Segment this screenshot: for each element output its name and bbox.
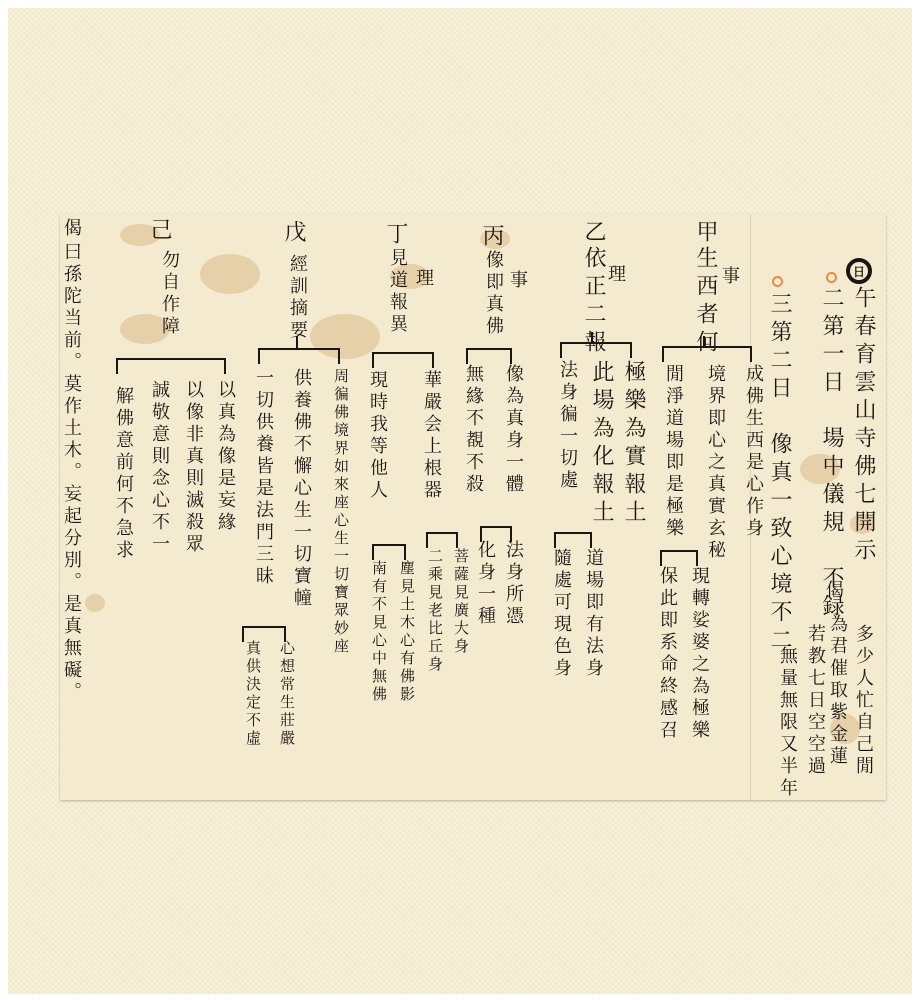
branch-item: 極樂為實報土 xyxy=(620,360,646,528)
sub-branch-item: 真供決定不虛 xyxy=(240,640,266,748)
section-tag: 理 xyxy=(602,264,628,286)
branch-item: 法身徧一切處 xyxy=(554,360,580,492)
section-heading: 生西者何 xyxy=(692,246,718,358)
section-label: 乙 xyxy=(580,220,606,248)
branch-item: 解佛意前何不急求 xyxy=(110,386,136,562)
sub-branch-item: 隨處可現色身 xyxy=(548,548,574,680)
branch-item: 以像非真則滅殺眾 xyxy=(180,380,206,556)
orange-circle-marker xyxy=(826,272,837,283)
verse-line-a: 多少人忙自己閒 xyxy=(850,624,876,778)
mounting-board: 日 午春育雲山寺佛七開示 二第一日 場中儀規 不録 偈 三第二日 像真一致心境不… xyxy=(8,8,912,994)
sub-branch-item: 二乘見老比丘身 xyxy=(422,548,448,674)
section-heading: 經訓摘要 xyxy=(284,254,310,342)
tree-bracket xyxy=(426,532,458,548)
section-tag: 事 xyxy=(716,266,742,288)
section-tag: 理 xyxy=(410,268,436,290)
sub-branch-item: 現轉娑婆之為極樂 xyxy=(686,566,712,742)
stain xyxy=(85,594,105,612)
sub-branch-item: 道場即有法身 xyxy=(580,548,606,680)
tree-bracket xyxy=(116,358,226,374)
branch-item: 以真為像是妄緣 xyxy=(212,380,238,534)
branch-item: 像為真身一體 xyxy=(500,364,526,496)
verse-line-d: 無量無限又半年 xyxy=(774,646,800,800)
day-two-line: 三第二日 像真一致心境不二 xyxy=(766,292,792,656)
branch-item: 此場為化報土 xyxy=(588,360,614,528)
section-heading: 勿自作障 xyxy=(156,250,182,338)
section-label: 丙 xyxy=(478,224,504,252)
document-title: 午春育雲山寺佛七開示 xyxy=(850,286,876,566)
tree-bracket xyxy=(258,348,340,364)
sub-branch-item: 南有不見心中無佛 xyxy=(366,560,392,704)
branch-item: 供養佛不懈心生一切寶幢 xyxy=(288,368,314,610)
closing-text: 曰孫陀当前。莫作土木。妄起分別。是真無礙。 xyxy=(60,242,84,704)
orange-circle-marker xyxy=(772,276,783,287)
tree-bracket xyxy=(372,544,406,560)
section-label: 甲 xyxy=(692,220,718,248)
branch-item: 周徧佛境界如來座心生一切寶眾妙座 xyxy=(328,368,354,656)
tree-bracket xyxy=(560,342,632,358)
sub-branch-item: 心想常生莊嚴 xyxy=(274,640,300,748)
stain xyxy=(200,254,260,294)
day-one-line: 二第一日 場中儀規 不録 xyxy=(818,286,844,622)
branch-item: 無緣不覩不殺 xyxy=(460,364,486,496)
closing-note: 偈 xyxy=(60,218,84,240)
tree-bracket xyxy=(554,532,592,548)
branch-item: 現時我等他人 xyxy=(364,370,390,502)
sub-branch-item: 塵見土木心有佛影 xyxy=(394,560,420,704)
sub-branch-item: 保此即系命終感召 xyxy=(654,566,680,742)
section-heading: 見道報異 xyxy=(384,248,410,336)
tree-bracket xyxy=(372,352,434,368)
tree-bracket xyxy=(660,550,698,566)
section-label: 己 xyxy=(146,218,172,246)
branch-item: 一切供養皆是法門三昧 xyxy=(250,368,276,588)
branch-item: 華嚴会上根器 xyxy=(418,370,444,502)
verse-note: 偈 xyxy=(820,580,846,602)
branch-item: 誠敬意則念心不一 xyxy=(146,380,172,556)
branch-item: 境界即心之真實玄秘 xyxy=(702,364,728,562)
tree-bracket xyxy=(662,346,752,362)
branch-item: 成佛生西是心作身 xyxy=(740,364,766,540)
sub-branch-item: 化身一種 xyxy=(472,540,498,628)
section-tag: 事 xyxy=(504,270,530,292)
sub-branch-item: 菩薩見廣大身 xyxy=(448,548,474,656)
branch-item: 閒淨道場即是極樂 xyxy=(660,364,686,540)
section-label: 戊 xyxy=(280,220,306,248)
verse-line-c: 若教七日空空過 xyxy=(802,624,828,778)
sub-branch-item: 法身所憑 xyxy=(500,540,526,628)
seal-mark: 日 xyxy=(846,258,872,284)
tree-bracket xyxy=(466,348,512,364)
section-heading: 像即真佛 xyxy=(480,250,506,338)
section-label: 丁 xyxy=(382,222,408,250)
calligraphy-sheet: 日 午春育雲山寺佛七開示 二第一日 場中儀規 不録 偈 三第二日 像真一致心境不… xyxy=(60,214,886,800)
